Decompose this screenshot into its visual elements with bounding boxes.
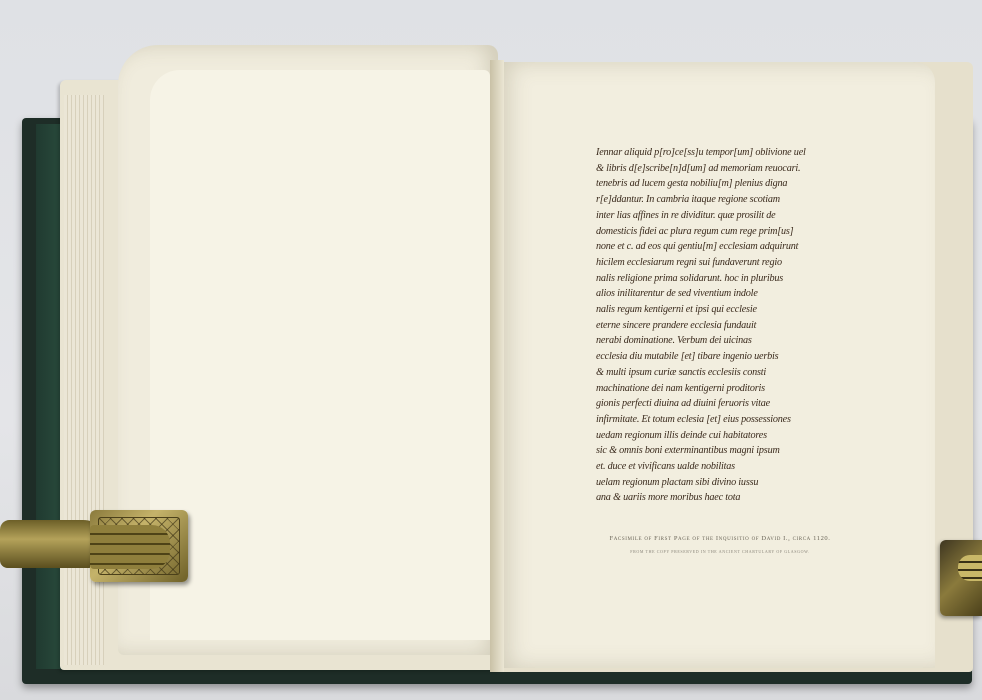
manuscript-line: infirmitate. Et totum eclesia [et] eius … [596,412,836,428]
manuscript-line: uedam regionum illis deinde cui habitato… [596,428,836,444]
manuscript-line: & multi ipsum curiæ sanctis ecclesiis co… [596,365,836,381]
manuscript-line: machinatione dei nam kentigerni proditor… [596,381,836,397]
manuscript-line: & libris d[e]scribe[n]d[um] ad memoriam … [596,161,836,177]
manuscript-line: hicilem ecclesiarum regni sui fundaverun… [596,255,836,271]
manuscript-line: inter lias affines in re dividitur. quæ … [596,208,836,224]
manuscript-line: nalis regum kentigerni et ipsi qui eccle… [596,302,836,318]
manuscript-line: domesticis fidei ac plura regum cum rege… [596,224,836,240]
manuscript-line: gna & uariis more moribus haec tota [596,490,836,500]
left-page-inner [150,70,490,640]
manuscript-line: tenebris ad lucem gesta nobiliu[m] pleni… [596,176,836,192]
manuscript-line: ecclesia diu mutabile [et] tibare ingeni… [596,349,836,365]
manuscript-line: gionis perfecti diuina ad diuini feruori… [596,396,836,412]
facsimile-subcaption: From the copy preserved in the ancient c… [600,549,840,554]
manuscript-line: eterne sincere prandere ecclesia fundaui… [596,318,836,334]
brass-hand-fingers-right [958,555,982,581]
manuscript-line: none et c. ad eos qui gentiu[m] ecclesia… [596,239,836,255]
manuscript-line: sic & omnis boni exterminantibus magni i… [596,443,836,459]
book-gutter [490,60,504,672]
manuscript-line: et. duce et vivificans ualde nobilitas [596,459,836,475]
manuscript-line: alios inilitarentur de sed viventium ind… [596,286,836,302]
manuscript-line: Iennar aliquid p[ro]ce[ss]u tempor[um] o… [596,145,836,161]
manuscript-line: r[e]ddantur. In cambria itaque regione s… [596,192,836,208]
manuscript-line: nalis religione prima solidarunt. hoc in… [596,271,836,287]
facsimile-caption: Facsimile of First Page of the Inquisiti… [600,535,840,542]
manuscript-facsimile-text: Iennar aliquid p[ro]ce[ss]u tempor[um] o… [596,145,836,500]
brass-hand-fingers [90,525,170,569]
manuscript-line: nerabi dominatione. Verbum dei uicinas [596,333,836,349]
manuscript-line: uelam regionum plactam sibi divino iussu [596,475,836,491]
